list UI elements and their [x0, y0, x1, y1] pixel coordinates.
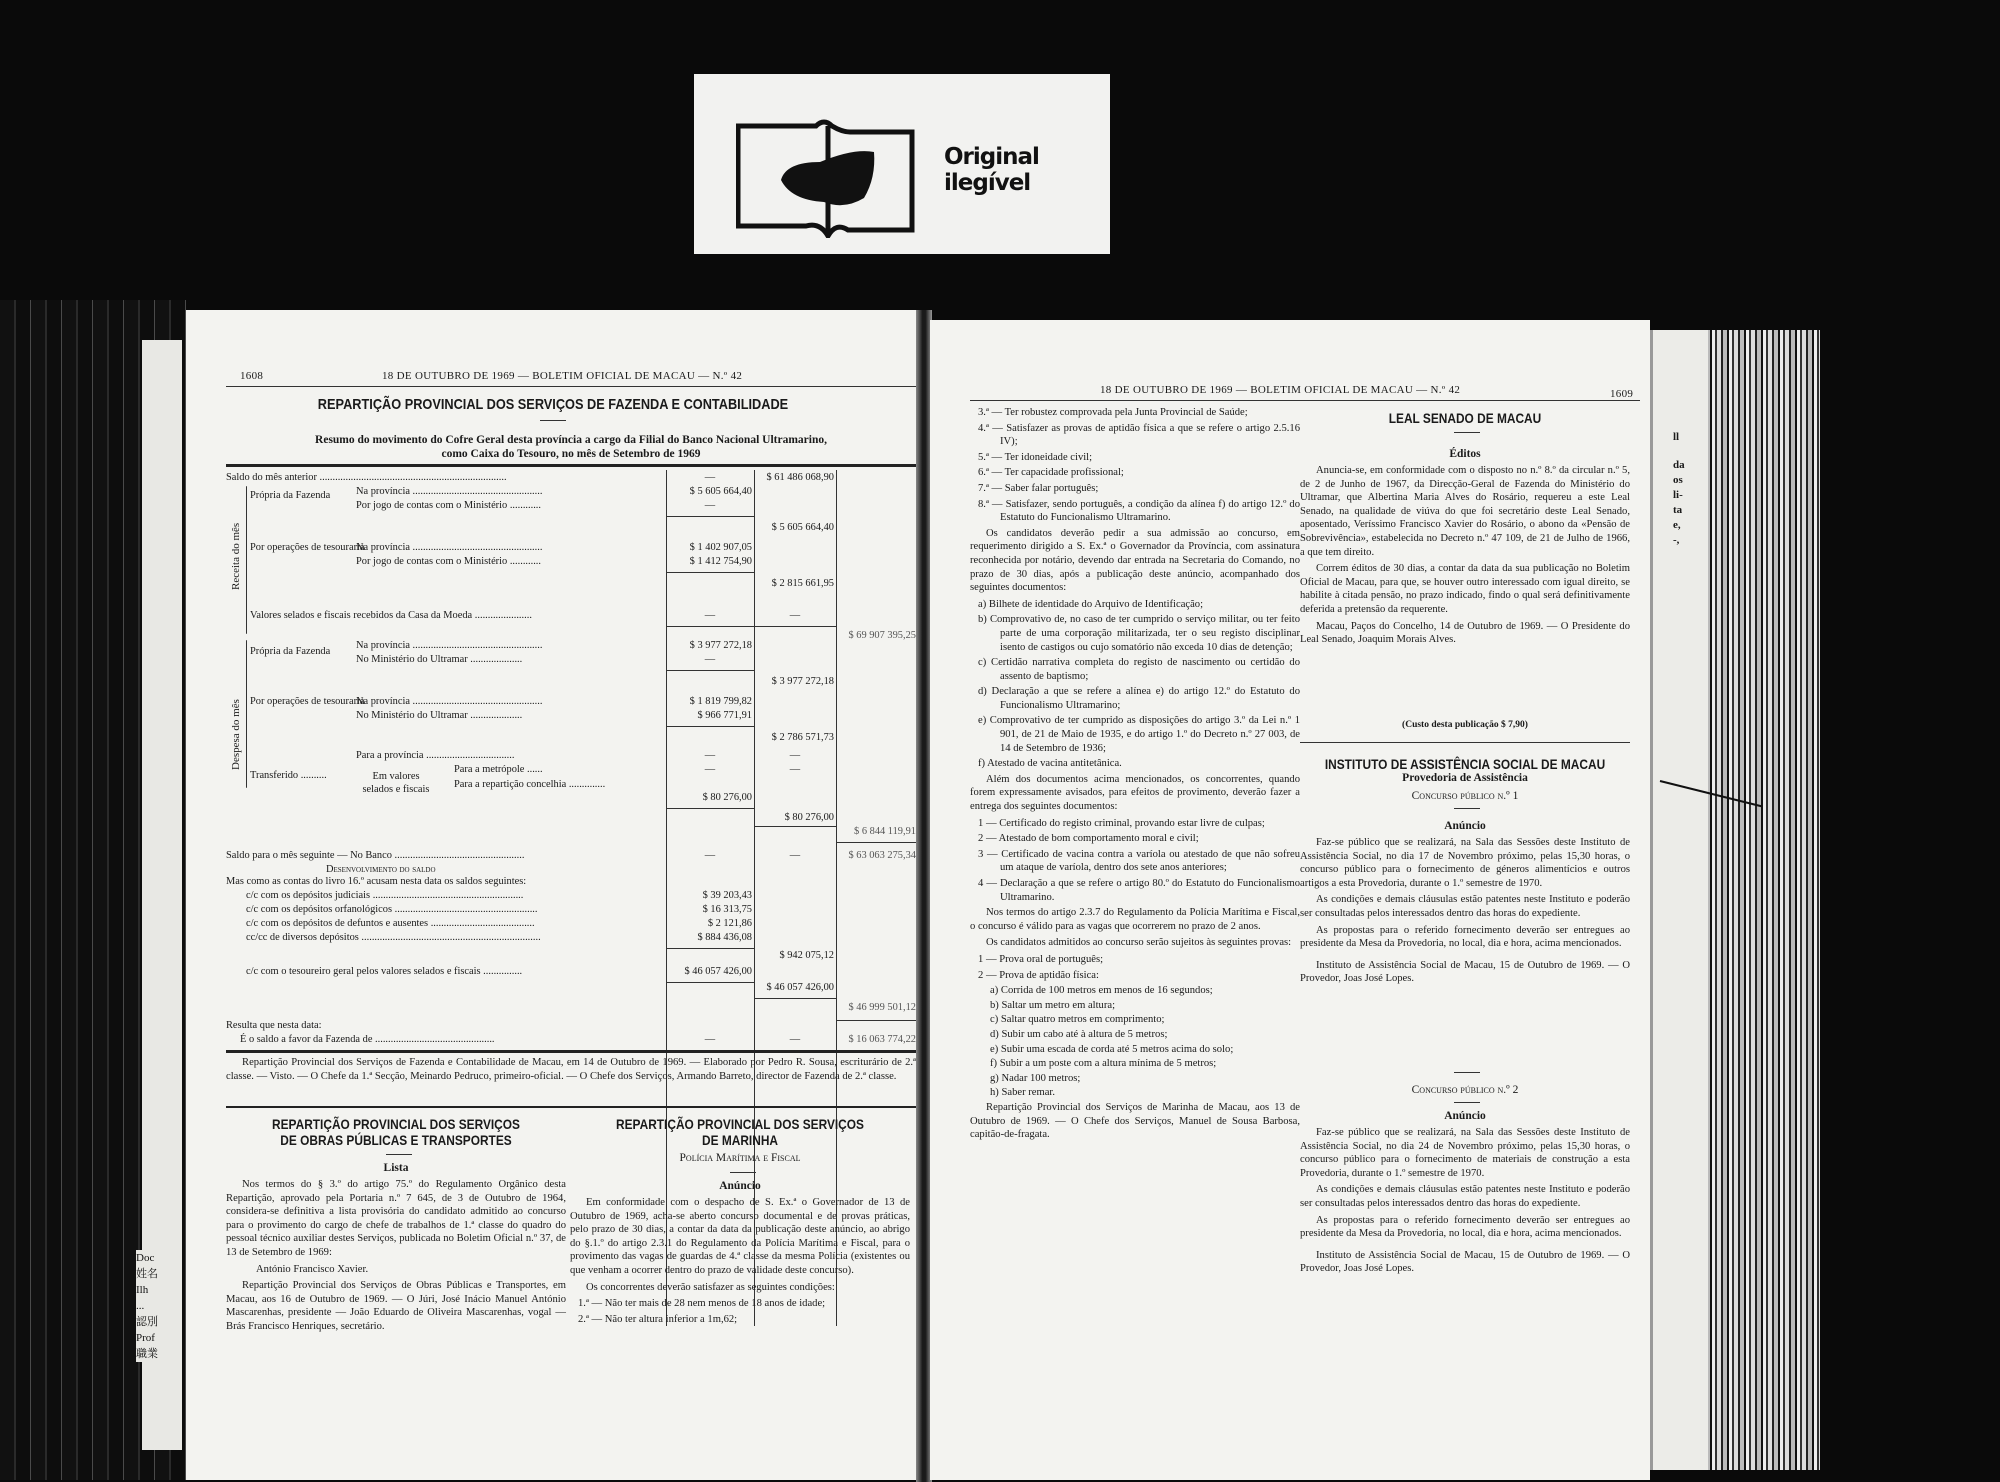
paragraph: As propostas para o referido forneciment… — [1300, 1214, 1630, 1241]
group-name: Própria da Fazenda — [250, 490, 330, 503]
header-rule — [970, 400, 1640, 401]
divider — [1454, 432, 1480, 433]
aptidao-item: h) Saber remar. — [970, 1086, 1300, 1100]
right-page: 18 DE OUTUBRO DE 1969 — BOLETIM OFICIAL … — [930, 320, 1650, 1480]
subtotal-rule — [836, 1020, 916, 1021]
cell: $ 46 999 501,12 — [840, 1002, 916, 1013]
marinha-body: Em conformidade com o despacho de S. Ex.… — [570, 1196, 910, 1328]
header-rule — [226, 386, 916, 387]
cell: — — [666, 654, 754, 665]
row-label: Por jogo de contas com o Ministério — [356, 556, 507, 567]
fazenda-subtitle-1: Resumo do movimento do Cofre Geral desta… — [226, 434, 916, 446]
signature-text: Repartição Provincial dos Serviços de Fa… — [226, 1056, 916, 1083]
row-label: Valores selados e fiscais recebidos da C… — [250, 610, 472, 621]
subtotal-rule — [666, 626, 836, 627]
table-row: Na província ...........................… — [356, 640, 542, 653]
row-label: Na província — [356, 640, 410, 651]
row-label: Para a metrópole — [454, 764, 524, 775]
table-row: c/c com o tesoureiro geral pelos valores… — [246, 966, 522, 979]
fragment: os — [1673, 473, 1683, 488]
group-name: Por operações de tesouraria — [250, 696, 365, 709]
fragment: -, — [1673, 533, 1679, 548]
fragment: ta — [1673, 503, 1682, 518]
table-row: Para a província .......................… — [356, 750, 514, 763]
row-label: Para a repartição concelhia — [454, 779, 566, 790]
concurso-1-label: Concurso público n.º 1 — [1300, 790, 1630, 802]
fragment: da — [1673, 458, 1685, 473]
marinha-continuation: 3.ª — Ter robustez comprovada pela Junta… — [970, 406, 1300, 1145]
table-row: No Ministério do Ultramar ..............… — [356, 710, 522, 723]
aptidao-item: b) Saltar um metro em altura; — [970, 999, 1300, 1013]
table-row: Por jogo de contas com o Ministério ....… — [356, 556, 541, 569]
fragment: ll — [1673, 430, 1679, 445]
condition-item: 6.ª — Ter capacidade profissional; — [970, 466, 1300, 480]
signature-text: Repartição Provincial dos Serviços de Ma… — [970, 1101, 1300, 1142]
table-row: Valores selados e fiscais recebidos da C… — [250, 610, 532, 623]
concurso-2-section: Anúncio — [1300, 1110, 1630, 1122]
row-label: Na província — [356, 696, 410, 707]
instituto-subtitle: Provedoria de Assistência — [1300, 772, 1630, 784]
divider — [386, 1154, 412, 1155]
divider — [1454, 1102, 1480, 1103]
signature-text: Instituto de Assistência Social de Macau… — [1300, 1249, 1630, 1276]
row-label: c/c com o tesoureiro geral pelos valores… — [246, 966, 481, 977]
subtotal-rule — [754, 826, 836, 827]
condition-item: 4.ª — Satisfazer as provas de aptidão fí… — [970, 422, 1300, 449]
row-label: Para a província — [356, 750, 424, 761]
cell: $ 1 402 907,05 — [670, 542, 752, 553]
document-item: b) Comprovativo de, no caso de ter cumpr… — [970, 613, 1300, 654]
cell: $ 1 412 754,90 — [670, 556, 752, 567]
leal-senado-body: Anuncia-se, em conformidade com o dispos… — [1300, 464, 1630, 650]
cell: $ 46 057 426,00 — [758, 982, 834, 993]
document-item: 4 — Declaração a que se refere o artigo … — [970, 877, 1300, 904]
table-row: Na província ...........................… — [356, 486, 542, 499]
left-page: 1608 18 DE OUTUBRO DE 1969 — BOLETIM OFI… — [186, 310, 920, 1480]
table-row: No Ministério do Ultramar ..............… — [356, 654, 522, 667]
row-label: Saldo para o mês seguinte — No Banco — [226, 850, 392, 861]
cell: $ 942 075,12 — [758, 950, 834, 961]
table-row: Para a repartição concelhia ............… — [454, 778, 614, 791]
leal-senado-section: Éditos — [1300, 448, 1630, 460]
divider — [730, 1172, 756, 1173]
concurso-1-section: Anúncio — [1300, 820, 1630, 832]
condition-item: 5.ª — Ter idoneidade civil; — [970, 451, 1300, 465]
cell: $ 63 063 275,34 — [840, 850, 916, 861]
marinha-subtitle: Polícia Marítima e Fiscal — [570, 1152, 910, 1164]
aptidao-item: e) Subir uma escada de corda até 5 metro… — [970, 1043, 1300, 1057]
cell: — — [666, 610, 754, 621]
cell: — — [754, 850, 836, 861]
running-head: 18 DE OUTUBRO DE 1969 — BOLETIM OFICIAL … — [382, 370, 742, 382]
brace — [246, 486, 247, 634]
cell: — — [754, 750, 836, 761]
cell: — — [666, 500, 754, 511]
brace — [246, 640, 247, 788]
table-row: c/c com os depósitos judiciais .........… — [246, 890, 523, 903]
prova-item: 2 — Prova de aptidão física: — [970, 969, 1300, 983]
table-row: Saldo do mês anterior ..................… — [226, 472, 507, 485]
paragraph: Nos termos do § 3.º do artigo 75.º do Re… — [226, 1178, 566, 1260]
subtotal-rule — [666, 670, 754, 671]
aptidao-item: g) Nadar 100 metros; — [970, 1072, 1300, 1086]
candidate-name: António Francisco Xavier. — [226, 1263, 566, 1277]
cell: $ 2 121,86 — [670, 918, 752, 929]
paragraph: As condições e demais cláusulas estão pa… — [1300, 893, 1630, 920]
fragment: ... — [136, 1298, 166, 1314]
subtotal-rule — [666, 808, 754, 809]
cell: $ 16 313,75 — [670, 904, 752, 915]
document-item: a) Bilhete de identidade do Arquivo de I… — [970, 598, 1300, 612]
illegible-original-stamp: Original ilegível — [694, 74, 1110, 254]
right-leaf-strip: ll da os li- ta e, -, — [1650, 330, 1708, 1470]
paragraph: Nos termos do artigo 2.3.7 do Regulament… — [970, 906, 1300, 933]
fragment: Doc — [136, 1250, 166, 1266]
paragraph: Além dos documentos acima mencionados, o… — [970, 773, 1300, 814]
page-number: 1608 — [240, 370, 263, 382]
left-edge-text-fragments: Doc 姓名 Ilh ... 認別 Prof 職業 — [136, 1250, 166, 1362]
paragraph: Os candidatos admitidos ao concurso serã… — [970, 936, 1300, 950]
table-bottom-rule — [226, 1050, 916, 1053]
obras-section: Lista — [226, 1162, 566, 1174]
resulta-label: Resulta que nesta data: — [226, 1020, 322, 1033]
cell: $ 16 063 774,22 — [840, 1034, 916, 1045]
table-row: Saldo para o mês seguinte — No Banco ...… — [226, 850, 524, 863]
cell: $ 80 276,00 — [670, 792, 752, 803]
table-row: Na província ...........................… — [356, 542, 542, 555]
cell: — — [666, 764, 754, 775]
desenvolvimento-intro: Mas como as contas do livro 16.º acusam … — [226, 876, 526, 889]
book-right-edge — [1700, 330, 1820, 1470]
obras-title-2: DE OBRAS PÚBLICAS E TRANSPORTES — [252, 1132, 541, 1148]
cell: — — [666, 1034, 754, 1045]
cell: — — [754, 610, 836, 621]
document-item: 3 — Certificado de vacina contra a varío… — [970, 848, 1300, 875]
row-label: cc/cc de diversos depósitos — [246, 932, 359, 943]
subtotal-rule — [666, 572, 754, 573]
subtotal-rule — [666, 726, 754, 727]
document-item: c) Certidão narrativa completa do regist… — [970, 656, 1300, 683]
paragraph: As propostas para o referido forneciment… — [1300, 924, 1630, 951]
fragment: 姓名 — [136, 1266, 166, 1282]
fragment: Prof — [136, 1330, 166, 1346]
illegible-label: Original ilegível — [944, 144, 1110, 196]
paragraph: Repartição Provincial dos Serviços de Ob… — [226, 1279, 566, 1333]
open-book-with-blot-icon — [736, 118, 916, 238]
marinha-title-1: REPARTIÇÃO PROVINCIAL DOS SERVIÇOS — [596, 1116, 885, 1132]
row-label: c/c com os depósitos judiciais — [246, 890, 370, 901]
running-head: 18 DE OUTUBRO DE 1969 — BOLETIM OFICIAL … — [1100, 384, 1460, 396]
row-label: Na província — [356, 486, 410, 497]
condition-item: 7.ª — Saber falar português; — [970, 482, 1300, 496]
paragraph: Em conformidade com o despacho de S. Ex.… — [570, 1196, 910, 1278]
table-row: c/c com os depósitos orfanológicos .....… — [246, 904, 538, 917]
table-row: Na província ...........................… — [356, 696, 542, 709]
cell: $ 884 436,08 — [670, 932, 752, 943]
condition-item: 8.ª — Satisfazer, sendo português, a con… — [970, 498, 1300, 525]
marinha-title-2: DE MARINHA — [596, 1132, 885, 1148]
fazenda-signature: Repartição Provincial dos Serviços de Fa… — [226, 1056, 916, 1086]
subtotal-rule — [754, 998, 836, 999]
table-top-rule — [226, 464, 916, 467]
fragment: 認別 — [136, 1314, 166, 1330]
group-name: Própria da Fazenda — [250, 646, 330, 659]
concurso-2-label: Concurso público n.º 2 — [1300, 1084, 1630, 1096]
cell: $ 5 605 664,40 — [758, 522, 834, 533]
aptidao-item: f) Subir a um poste com a altura mínima … — [970, 1057, 1300, 1071]
divider — [540, 420, 566, 421]
obras-body: Nos termos do § 3.º do artigo 75.º do Re… — [226, 1178, 566, 1337]
signature-text: Instituto de Assistência Social de Macau… — [1300, 959, 1630, 986]
cell: $ 3 977 272,18 — [670, 640, 752, 651]
row-label: No Ministério do Ultramar — [356, 710, 468, 721]
condition-item: 3.ª — Ter robustez comprovada pela Junta… — [970, 406, 1300, 420]
paragraph: Correm éditos de 30 dias, a contar da da… — [1300, 562, 1630, 616]
subtotal-rule — [666, 982, 754, 983]
divider — [1454, 808, 1480, 809]
cell: $ 3 977 272,18 — [758, 676, 834, 687]
cell: $ 2 786 571,73 — [758, 732, 834, 743]
condition-item: 2.ª — Não ter altura inferior a 1m,62; — [570, 1313, 910, 1327]
paragraph: Macau, Paços do Concelho, 14 de Outubro … — [1300, 620, 1630, 647]
row-label: Na província — [356, 542, 410, 553]
cell: — — [666, 472, 754, 483]
group-label-despesa: Despesa do mês — [230, 699, 242, 770]
aptidao-item: c) Saltar quatro metros em comprimento; — [970, 1013, 1300, 1027]
fragment: Ilh — [136, 1282, 166, 1298]
cell: $ 1 819 799,82 — [670, 696, 752, 707]
cell: $ 2 815 661,95 — [758, 578, 834, 589]
cell: $ 46 057 426,00 — [670, 966, 752, 977]
cell: — — [666, 750, 754, 761]
divider — [1454, 1072, 1480, 1073]
paragraph: Os candidatos deverão pedir a sua admiss… — [970, 527, 1300, 595]
table-row: Para a metrópole ...... — [454, 764, 543, 777]
row-label: c/c com os depósitos orfanológicos — [246, 904, 392, 915]
cell: $ 5 605 664,40 — [670, 486, 752, 497]
document-item: 1 — Certificado do registo criminal, pro… — [970, 817, 1300, 831]
cell: $ 80 276,00 — [758, 812, 834, 823]
document-item: e) Comprovativo de ter cumprido as dispo… — [970, 714, 1300, 755]
concurso-1-body: Faz-se público que se realizará, na Sala… — [1300, 836, 1630, 989]
group-label-receita: Receita do mês — [230, 523, 242, 590]
row-label: É o saldo a favor da Fazenda de — [240, 1034, 372, 1045]
document-item: d) Declaração a que se refere a alínea e… — [970, 685, 1300, 712]
subtotal-rule — [666, 948, 754, 949]
leal-senado-title: LEAL SENADO DE MACAU — [1325, 410, 1606, 426]
subtotal-rule — [666, 516, 754, 517]
table-row: Transferido .......... — [250, 770, 327, 783]
cell: $ 61 486 068,90 — [758, 472, 834, 483]
group-name: Transferido — [250, 770, 298, 781]
page-number: 1609 — [1610, 388, 1633, 400]
publication-cost: (Custo desta publicação $ 7,90) — [1300, 720, 1630, 730]
condition-item: 1.ª — Não ter mais de 28 nem menos de 18… — [570, 1297, 910, 1311]
fragment: e, — [1673, 518, 1681, 533]
cell: $ 69 907 395,25 — [840, 630, 916, 641]
subtotal-rule — [836, 842, 916, 843]
instituto-title: INSTITUTO DE ASSISTÊNCIA SOCIAL DE MACAU — [1325, 756, 1606, 772]
table-row: Por jogo de contas com o Ministério ....… — [356, 500, 541, 513]
row-label: Saldo do mês anterior — [226, 472, 317, 483]
fazenda-title: REPARTIÇÃO PROVINCIAL DOS SERVIÇOS DE FA… — [241, 396, 865, 413]
cell: — — [754, 1034, 836, 1045]
cell: — — [666, 850, 754, 861]
aptidao-item: a) Corrida de 100 metros em menos de 16 … — [970, 984, 1300, 998]
row-label: No Ministério do Ultramar — [356, 654, 468, 665]
paragraph: Faz-se público que se realizará, na Sala… — [1300, 1126, 1630, 1180]
cell: $ 6 844 119,91 — [840, 826, 916, 837]
table-row: É o saldo a favor da Fazenda de ........… — [240, 1034, 495, 1047]
row-label: Por jogo de contas com o Ministério — [356, 500, 507, 511]
prova-item: 1 — Prova oral de português; — [970, 953, 1300, 967]
row-label: c/c com os depósitos de defuntos e ausen… — [246, 918, 428, 929]
document-item: f) Atestado de vacina antitetânica. — [970, 757, 1300, 771]
sub-group: Em valores selados e fiscais — [356, 770, 436, 783]
cell: $ 966 771,91 — [670, 710, 752, 721]
paragraph: Os concorrentes deverão satisfazer as se… — [570, 1281, 910, 1295]
cell: — — [754, 764, 836, 775]
obras-title-1: REPARTIÇÃO PROVINCIAL DOS SERVIÇOS — [252, 1116, 541, 1132]
fragment: 職業 — [136, 1346, 166, 1362]
fazenda-subtitle-2: como Caixa do Tesouro, no mês de Setembr… — [226, 448, 916, 460]
section-rule — [226, 1106, 916, 1108]
fragment: li- — [1673, 488, 1683, 503]
cell: $ 39 203,43 — [670, 890, 752, 901]
table-row: cc/cc de diversos depósitos ............… — [246, 932, 541, 945]
paragraph: Anuncia-se, em conformidade com o dispos… — [1300, 464, 1630, 559]
paragraph: Faz-se público que se realizará, na Sala… — [1300, 836, 1630, 890]
concurso-2-body: Faz-se público que se realizará, na Sala… — [1300, 1126, 1630, 1279]
group-name: Por operações de tesouraria — [250, 542, 365, 555]
section-rule — [1300, 742, 1630, 743]
paragraph: As condições e demais cláusulas estão pa… — [1300, 1183, 1630, 1210]
aptidao-item: d) Subir um cabo até à altura de 5 metro… — [970, 1028, 1300, 1042]
marinha-section: Anúncio — [570, 1180, 910, 1192]
table-row: c/c com os depósitos de defuntos e ausen… — [246, 918, 535, 931]
document-item: 2 — Atestado de bom comportamento moral … — [970, 832, 1300, 846]
